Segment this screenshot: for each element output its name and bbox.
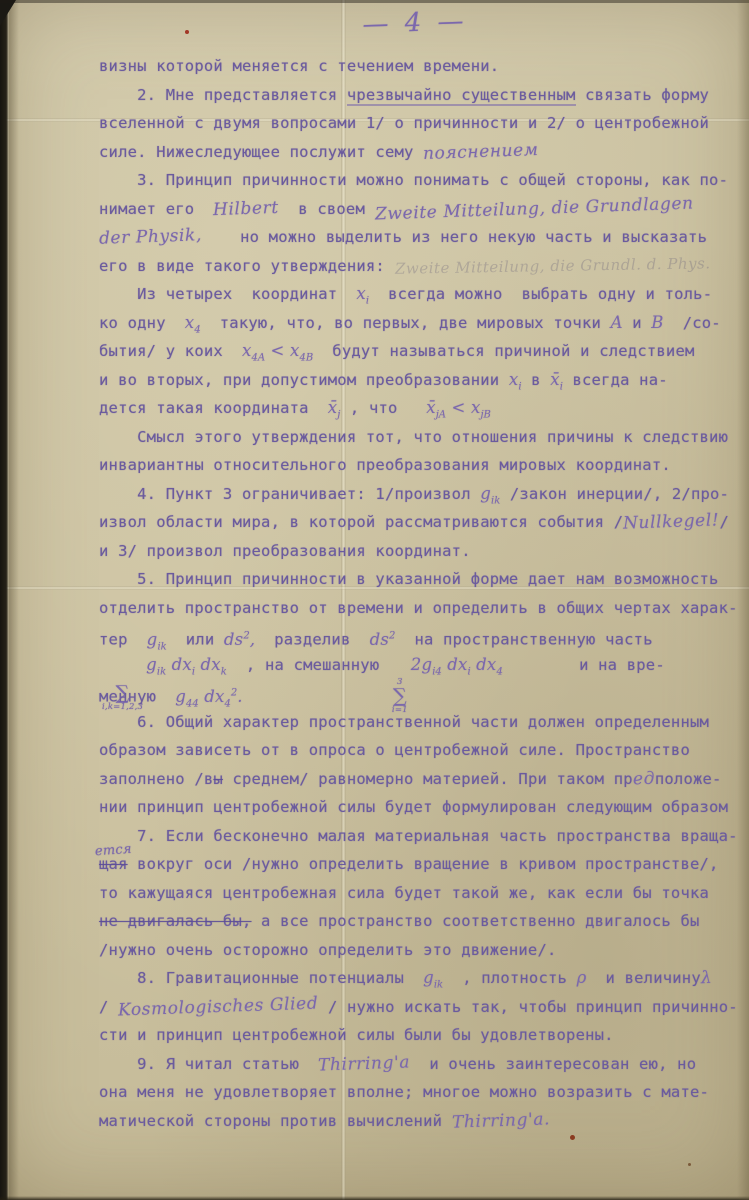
typed-text: разделив xyxy=(255,631,369,649)
handwritten-text: Hilbert xyxy=(213,193,280,224)
text-line: менную g44 dx42. xyxy=(99,679,739,708)
typed-text: / xyxy=(99,998,118,1016)
handwritten-text: ед xyxy=(632,764,655,793)
paragraph: Смысл этого утверждения тот, что отношен… xyxy=(99,423,739,480)
typed-text: нии принцип центробежной силы будет форм… xyxy=(99,798,728,816)
text-line: 2. Мне представляется чрезвычайно сущест… xyxy=(99,81,739,110)
formula: A xyxy=(611,313,623,332)
scan-edge-left xyxy=(0,0,9,1200)
typed-text: среднем/ равномерно материей. При таком … xyxy=(223,770,633,788)
typed-text: такую, что, во первых, две мировых точки xyxy=(201,314,611,332)
typed-text: будут называться причиной и следствием xyxy=(313,342,694,360)
text-line: щаяется вокруг оси /нужно определить вра… xyxy=(99,850,739,879)
text-line: ∑i,k=1,2,3gik dxi dxk , на смешанную 3∑i… xyxy=(99,651,739,680)
typed-text: не двигалась бы, xyxy=(99,912,252,930)
text-line: матической стороны против вычислений Thi… xyxy=(99,1107,739,1136)
text-line: 8. Гравитационные потенциалы gik , плотн… xyxy=(99,964,739,993)
typed-text: 3. Принцип причинности можно понимать с … xyxy=(99,171,728,189)
typed-text: бытия/ у коих xyxy=(99,342,242,360)
formula: xi xyxy=(356,284,369,303)
formula: gik xyxy=(423,968,443,987)
text-line: сти и принцип центробежной силы были бы … xyxy=(99,1021,739,1050)
handwritten-text: Thirring'a. xyxy=(451,1105,550,1137)
typed-text: , что xyxy=(340,399,426,417)
handwritten-correction: ется xyxy=(94,836,133,867)
typed-text: ы xyxy=(213,770,223,788)
paragraph: 6. Общий характер пространственной части… xyxy=(99,708,739,822)
scan-speck xyxy=(185,30,189,34)
typed-text: Смысл этого утверждения тот, что отношен… xyxy=(99,428,728,446)
typed-text: и во вторых, при допустимом преобразован… xyxy=(99,371,509,389)
typed-text: / xyxy=(720,513,730,531)
typed-text: вселенной с двумя вопросами 1/ о причинн… xyxy=(99,114,709,132)
typed-text: и xyxy=(623,314,652,332)
typed-text: отделить пространство от времени и опред… xyxy=(99,599,738,617)
typed-text: она меня не удовлетворяет вполне; многое… xyxy=(99,1083,709,1101)
typed-text: вокруг оси /нужно определить вращение в … xyxy=(128,855,719,873)
text-line: силе. Нижеследующее послужит сему поясне… xyxy=(99,138,739,167)
text-line: нии принцип центробежной силы будет форм… xyxy=(99,793,739,822)
formula: xi xyxy=(509,370,522,389)
sigma-glyph: ∑ xyxy=(393,687,407,706)
typed-text: тер xyxy=(99,631,147,649)
text-line: 7. Если бесконечно малая материальная ча… xyxy=(99,822,739,851)
text-line: его в виде такого утверждения: Zweite Mi… xyxy=(99,252,739,281)
formula: x4A < x4B xyxy=(242,341,313,360)
paragraph: 3. Принцип причинности можно понимать с … xyxy=(99,166,739,280)
text-line: вселенной с двумя вопросами 1/ о причинн… xyxy=(99,109,739,138)
formula: g44 dx42. xyxy=(175,687,242,706)
handwritten-text: der Physik, xyxy=(99,221,203,253)
text-line: ко одну x4 такую, что, во первых, две ми… xyxy=(99,309,739,338)
typed-text: чрезвычайно существенным xyxy=(347,86,576,106)
handwritten-text: λ xyxy=(700,964,712,993)
scan-speck xyxy=(570,1135,575,1140)
text-line: / Kosmologisches Glied / нужно искать та… xyxy=(99,993,739,1022)
typed-text: положе- xyxy=(655,770,722,788)
paragraph: 9. Я читал статью Thirring'a и очень заи… xyxy=(99,1050,739,1136)
typed-text: связать форму xyxy=(576,86,709,104)
typed-text: 2. Мне представляется xyxy=(99,86,347,104)
text-line: тер gik или ds2, разделив ds2 на простра… xyxy=(99,622,739,651)
handwritten-text: Kosmologisches Glied xyxy=(118,989,319,1024)
typed-text: на пространственную часть xyxy=(395,631,652,649)
typed-text: всегда на- xyxy=(563,371,668,389)
handwritten-text: Nullkegel! xyxy=(623,506,720,538)
text-line: визны которой меняется с течением времен… xyxy=(99,52,739,81)
typed-text: заполнено /в xyxy=(99,770,213,788)
formula: x̄jA < xjB xyxy=(426,398,491,417)
text-line: инвариантны относительного преобразовани… xyxy=(99,451,739,480)
scan-edge-bottom xyxy=(0,1196,749,1200)
typed-text: 7. Если бесконечно малая материальная ча… xyxy=(99,827,738,845)
text-line: 6. Общий характер пространственной части… xyxy=(99,708,739,737)
typed-text: и на вре- xyxy=(503,656,665,674)
scan-edge-top xyxy=(0,0,749,3)
scan-corner-wedge xyxy=(0,0,16,26)
typed-correction: щаяется xyxy=(99,850,128,879)
typed-text: Из четырех координат xyxy=(99,285,356,303)
paragraph: 8. Гравитационные потенциалы gik , плотн… xyxy=(99,964,739,1050)
typed-text: 6. Общий характер пространственной части… xyxy=(99,713,709,731)
formula: ρ xyxy=(577,968,587,987)
typed-text: /нужно очень осторожно определить это дв… xyxy=(99,941,557,959)
typed-text: его в виде такого утверждения: xyxy=(99,257,395,275)
formula: ds2, xyxy=(224,630,255,649)
typed-text: извол области мира, в которой рассматрив… xyxy=(99,513,614,531)
paragraph: 2. Мне представляется чрезвычайно сущест… xyxy=(99,81,739,167)
typed-text: инвариантны относительного преобразовани… xyxy=(99,456,671,474)
formula: gik xyxy=(480,484,500,503)
typed-text: образом зависеть от в опроса о центробеж… xyxy=(99,741,690,759)
formula: gik dxi dxk xyxy=(146,655,227,674)
typed-text: но можно выделить из него некую часть и … xyxy=(202,228,707,246)
formula: x̄j xyxy=(328,398,341,417)
typed-text: /закон инерции/, 2/про- xyxy=(500,485,729,503)
typed-text: а все пространство соответственно двигал… xyxy=(252,912,700,930)
text-line: нимает его Hilbert в своем Zweite Mittei… xyxy=(99,195,739,224)
manuscript-page: — 4 — визны которой меняется с течением … xyxy=(0,0,749,1200)
typed-text: силе. Нижеследующее послужит сему xyxy=(99,143,423,161)
typed-text: матической стороны против вычислений xyxy=(99,1112,452,1130)
scan-speck xyxy=(688,1163,691,1166)
text-line: она меня не удовлетворяет вполне; многое… xyxy=(99,1078,739,1107)
paragraph: 7. Если бесконечно малая материальная ча… xyxy=(99,822,739,965)
typed-text: и величину xyxy=(586,969,700,987)
formula: 2gi4 dxi dx4 xyxy=(411,655,503,674)
text-line: 4. Пункт 3 ограничивает: 1/произвол gik … xyxy=(99,480,739,509)
typed-text: , на смешанную xyxy=(227,656,389,674)
text-line: Смысл этого утверждения тот, что отношен… xyxy=(99,423,739,452)
text-line: Из четырех координат xi всегда можно выб… xyxy=(99,280,739,309)
paper-edge-shadow xyxy=(9,0,19,1200)
formula: x̄i xyxy=(550,370,563,389)
typed-text: в своем xyxy=(279,200,374,218)
paragraph: 4. Пункт 3 ограничивает: 1/произвол gik … xyxy=(99,480,739,566)
typed-text: 9. Я читал статью xyxy=(99,1055,318,1073)
manuscript-text: визны которой меняется с течением времен… xyxy=(99,52,739,1135)
formula: x4 xyxy=(185,313,201,332)
typed-text: сти и принцип центробежной силы были бы … xyxy=(99,1026,614,1044)
typed-text: в xyxy=(522,371,551,389)
paragraph: визны которой меняется с течением времен… xyxy=(99,52,739,81)
typed-text: и очень заинтересован ею, но xyxy=(410,1055,696,1073)
text-line: отделить пространство от времени и опред… xyxy=(99,594,739,623)
typed-text: ко одну xyxy=(99,314,185,332)
formula: B xyxy=(651,313,663,332)
text-line: дется такая координата x̄j , что x̄jA < … xyxy=(99,394,739,423)
typed-text: или xyxy=(167,631,224,649)
typed-text: 8. Гравитационные потенциалы xyxy=(99,969,423,987)
typed-text: , плотность xyxy=(443,969,576,987)
text-line: 5. Принцип причинности в указанной форме… xyxy=(99,565,739,594)
typed-text: то кажущаяся центробежная сила будет так… xyxy=(99,884,709,902)
typed-text: всегда можно выбрать одну и толь- xyxy=(369,285,712,303)
typed-text: нимает его xyxy=(99,200,213,218)
typed-text: / нужно искать так, чтобы принцип причин… xyxy=(318,998,737,1016)
typed-text: менную xyxy=(99,688,175,706)
typed-text: 5. Принцип причинности в указанной форме… xyxy=(99,570,719,588)
text-line: /нужно очень осторожно определить это дв… xyxy=(99,936,739,965)
typed-text: дется такая координата xyxy=(99,399,328,417)
typed-text: 4. Пункт 3 ограничивает: 1/произвол xyxy=(99,485,480,503)
formula: gik xyxy=(147,630,167,649)
handwritten-text: пояснением xyxy=(423,135,539,168)
paragraph: 5. Принцип причинности в указанной форме… xyxy=(99,565,739,708)
text-line: то кажущаяся центробежная сила будет так… xyxy=(99,879,739,908)
text-line: образом зависеть от в опроса о центробеж… xyxy=(99,736,739,765)
typed-text: визны которой меняется с течением времен… xyxy=(99,57,499,75)
text-line: и во вторых, при допустимом преобразован… xyxy=(99,366,739,395)
formula: ds2 xyxy=(370,630,396,649)
pencil-annotation: Zweite Mitteilung, die Grundl. d. Phys. xyxy=(394,249,710,283)
handwritten-page-number: — 4 — xyxy=(355,6,476,40)
text-line: 9. Я читал статью Thirring'a и очень заи… xyxy=(99,1050,739,1079)
text-line: не двигалась бы, а все пространство соот… xyxy=(99,907,739,936)
typed-text: /со- xyxy=(664,314,721,332)
handwritten-text: Thirring'a xyxy=(318,1048,411,1080)
text-line: извол области мира, в которой рассматрив… xyxy=(99,508,739,537)
text-line: бытия/ у коих x4A < x4B будут называться… xyxy=(99,337,739,366)
text-line: и 3/ произвол преобразования координат. xyxy=(99,537,739,566)
typed-text: и 3/ произвол преобразования координат. xyxy=(99,542,471,560)
paragraph: Из четырех координат xi всегда можно выб… xyxy=(99,280,739,423)
text-line: заполнено /вы среднем/ равномерно матери… xyxy=(99,765,739,794)
